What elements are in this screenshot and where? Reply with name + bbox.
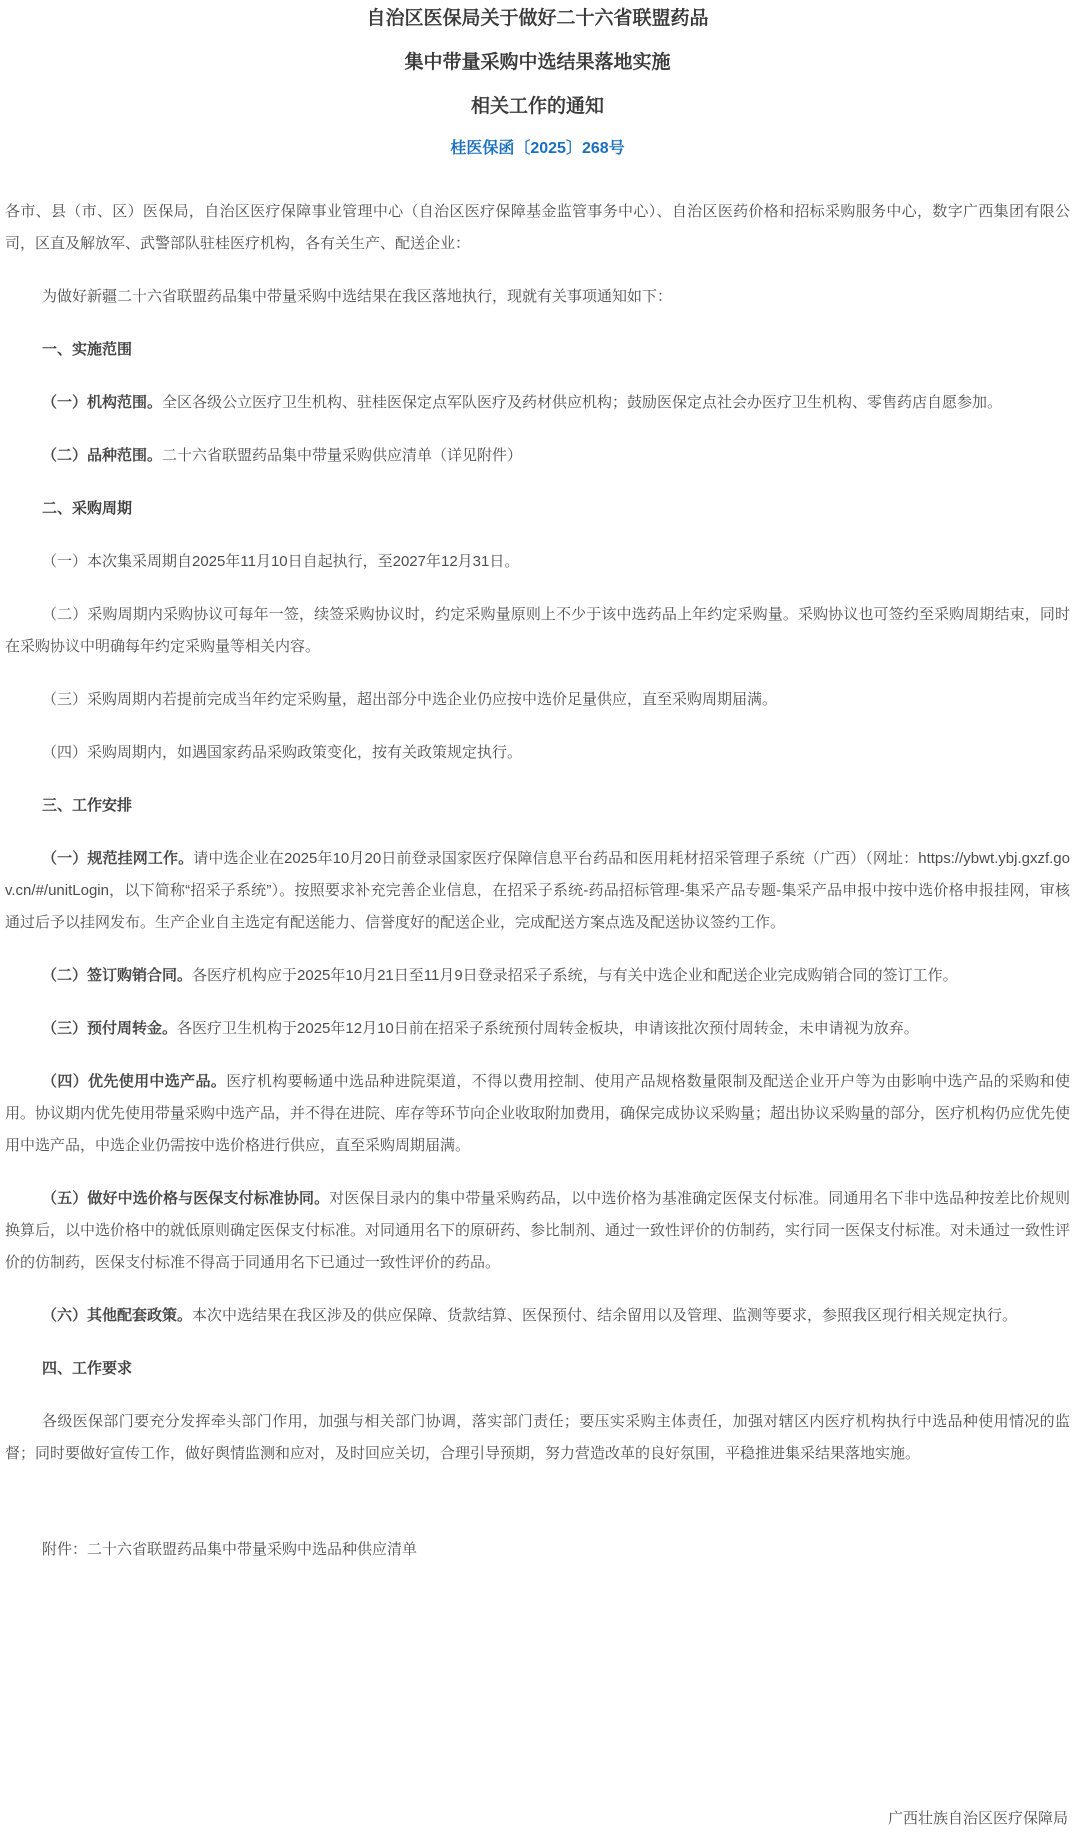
- paragraph: （四）采购周期内，如遇国家药品采购政策变化，按有关政策规定执行。: [5, 737, 1070, 769]
- paragraph-text: 各医疗卫生机构于2025年12月10日前在招采子系统预付周转金板块，申请该批次预…: [177, 1020, 919, 1037]
- notice-page: 自治区医保局关于做好二十六省联盟药品 集中带量采购中选结果落地实施 相关工作的通…: [0, 0, 1075, 1836]
- paragraph: （二）签订购销合同。各医疗机构应于2025年10月21日至11月9日登录招采子系…: [5, 960, 1070, 992]
- paragraph-text: （二）采购周期内采购协议可每年一签，续签采购协议时，约定采购量原则上不少于该中选…: [5, 606, 1070, 655]
- paragraph-text: 各级医保部门要充分发挥牵头部门作用，加强与相关部门协调，落实部门责任；要压实采购…: [5, 1413, 1070, 1462]
- paragraph: （二）品种范围。二十六省联盟药品集中带量采购供应清单（详见附件）: [5, 440, 1070, 472]
- document-number: 桂医保函〔2025〕268号: [5, 140, 1070, 158]
- paragraph-text: （三）采购周期内若提前完成当年约定采购量，超出部分中选企业仍应按中选价足量供应，…: [42, 691, 777, 708]
- attachment-line: 附件：二十六省联盟药品集中带量采购中选品种供应清单: [5, 1534, 1070, 1566]
- paragraph-text: 各医疗机构应于2025年10月21日至11月9日登录招采子系统，与有关中选企业和…: [192, 967, 958, 984]
- page-title-line-1: 自治区医保局关于做好二十六省联盟药品: [5, 8, 1070, 30]
- paragraph: （三）预付周转金。各医疗卫生机构于2025年12月10日前在招采子系统预付周转金…: [5, 1013, 1070, 1045]
- paragraph: （六）其他配套政策。本次中选结果在我区涉及的供应保障、货款结算、医保预付、结余留…: [5, 1300, 1070, 1332]
- paragraph-lead: （五）做好中选价格与医保支付标准协同。: [42, 1190, 329, 1207]
- paragraph-text: 二十六省联盟药品集中带量采购供应清单（详见附件）: [162, 447, 522, 464]
- paragraph: （一）机构范围。全区各级公立医疗卫生机构、驻桂医保定点军队医疗及药材供应机构；鼓…: [5, 387, 1070, 419]
- signature-text: 广西壮族自治区医疗保障局: [888, 1807, 1068, 1828]
- paragraph-text: 本次中选结果在我区涉及的供应保障、货款结算、医保预付、结余留用以及管理、监测等要…: [192, 1307, 1017, 1324]
- recipients-paragraph: 各市、县（市、区）医保局，自治区医疗保障事业管理中心（自治区医疗保障基金监管事务…: [5, 196, 1070, 260]
- paragraph-lead: （二）品种范围。: [42, 447, 162, 464]
- paragraph-text: （四）采购周期内，如遇国家药品采购政策变化，按有关政策规定执行。: [42, 744, 522, 761]
- paragraph: （四）优先使用中选产品。医疗机构要畅通中选品种进院渠道，不得以费用控制、使用产品…: [5, 1066, 1070, 1162]
- page-title-line-3: 相关工作的通知: [5, 96, 1070, 118]
- page-title-line-2: 集中带量采购中选结果落地实施: [5, 52, 1070, 74]
- paragraph: （一）规范挂网工作。请中选企业在2025年10月20日前登录国家医疗保障信息平台…: [5, 843, 1070, 939]
- paragraph-lead: （一）机构范围。: [42, 394, 162, 411]
- paragraph: （三）采购周期内若提前完成当年约定采购量，超出部分中选企业仍应按中选价足量供应，…: [5, 684, 1070, 716]
- section-heading-1: 一、实施范围: [5, 334, 1070, 366]
- paragraph-lead: （六）其他配套政策。: [42, 1307, 192, 1324]
- paragraph-lead: （二）签订购销合同。: [42, 967, 192, 984]
- section-heading-3: 三、工作安排: [5, 790, 1070, 822]
- paragraph-lead: （三）预付周转金。: [42, 1020, 177, 1037]
- paragraph-lead: （一）规范挂网工作。: [42, 850, 193, 867]
- paragraph: 各级医保部门要充分发挥牵头部门作用，加强与相关部门协调，落实部门责任；要压实采购…: [5, 1406, 1070, 1470]
- paragraph-lead: （四）优先使用中选产品。: [42, 1073, 226, 1090]
- paragraph-text: 全区各级公立医疗卫生机构、驻桂医保定点军队医疗及药材供应机构；鼓励医保定点社会办…: [162, 394, 1002, 411]
- section-heading-2: 二、采购周期: [5, 493, 1070, 525]
- section-heading-4: 四、工作要求: [5, 1353, 1070, 1385]
- paragraph-text: （一）本次集采周期自2025年11月10日自起执行，至2027年12月31日。: [42, 553, 519, 570]
- paragraph: （五）做好中选价格与医保支付标准协同。对医保目录内的集中带量采购药品，以中选价格…: [5, 1183, 1070, 1279]
- paragraph: （二）采购周期内采购协议可每年一签，续签采购协议时，约定采购量原则上不少于该中选…: [5, 599, 1070, 663]
- intro-paragraph: 为做好新疆二十六省联盟药品集中带量采购中选结果在我区落地执行，现就有关事项通知如…: [5, 281, 1070, 313]
- paragraph: （一）本次集采周期自2025年11月10日自起执行，至2027年12月31日。: [5, 546, 1070, 578]
